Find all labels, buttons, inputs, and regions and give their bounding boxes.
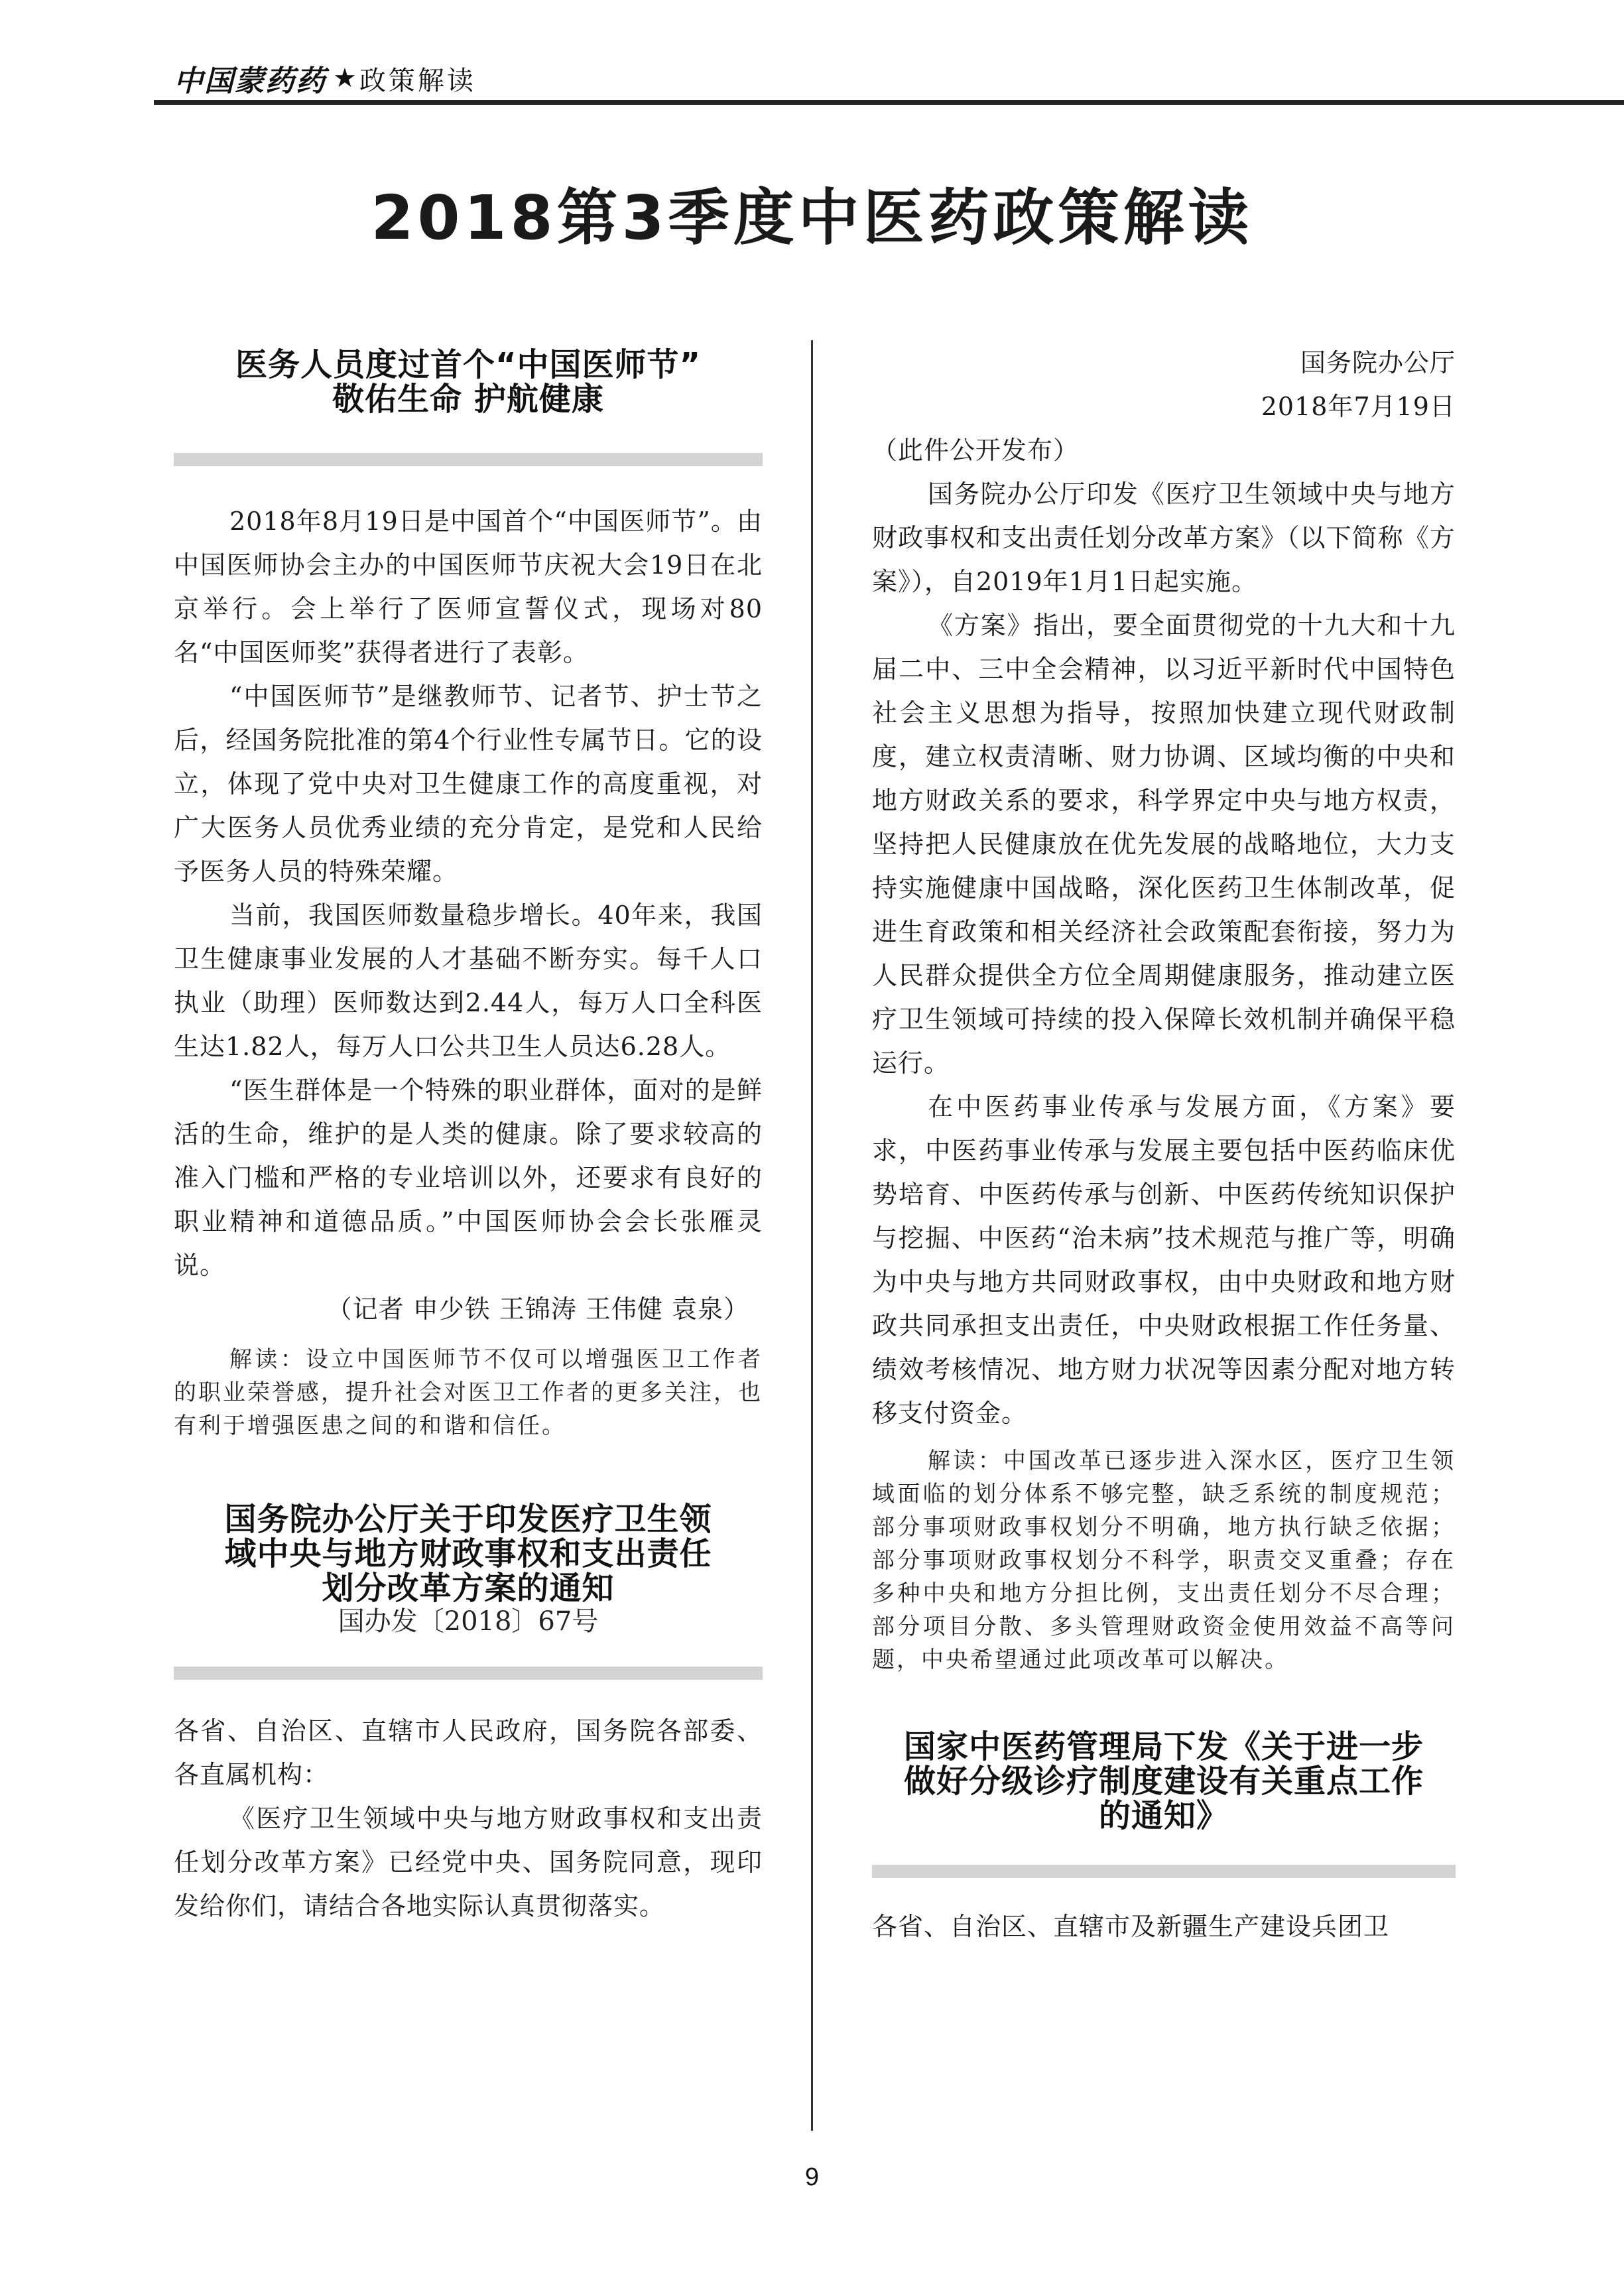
article-title-line: 国务院办公厅关于印发医疗卫生领: [174, 1502, 763, 1537]
paragraph: “中国医师节”是继教师节、记者节、护士节之后，经国务院批准的第4个行业性专属节日…: [174, 674, 763, 893]
paragraph: 《医疗卫生领域中央与地方财政事权和支出责任划分改革方案》已经党中央、国务院同意，…: [174, 1797, 763, 1928]
star-icon: ★: [333, 63, 357, 94]
paragraph: 2018年8月19日是中国首个“中国医师节”。由中国医师协会主办的中国医师节庆祝…: [174, 499, 763, 674]
public-note: （此件公开发布）: [872, 428, 1456, 472]
left-column: 医务人员度过首个“中国医师节” 敬佑生命 护航健康 2018年8月19日是中国首…: [174, 332, 763, 1928]
running-header: 中国蒙药药 ★ 政策解读: [174, 58, 476, 98]
article-title-line: 划分改革方案的通知: [174, 1571, 763, 1606]
title-underbar: [174, 1667, 763, 1680]
paragraph: 国务院办公厅印发《医疗卫生领域中央与地方财政事权和支出责任划分改革方案》（以下简…: [872, 472, 1456, 603]
paragraph: “医生群体是一个特殊的职业群体，面对的是鲜活的生命，维护的是人类的健康。除了要求…: [174, 1068, 763, 1287]
document-number: 国办发〔2018〕67号: [174, 1606, 763, 1637]
article-title-line: 医务人员度过首个“中国医师节”: [174, 348, 763, 382]
article-title-line: 域中央与地方财政事权和支出责任: [174, 1537, 763, 1571]
salutation: 各省、自治区、直辖市人民政府，国务院各部委、各直属机构：: [174, 1709, 763, 1797]
article-title-line: 国家中医药管理局下发《关于进一步: [872, 1730, 1456, 1764]
title-underbar: [872, 1865, 1456, 1878]
byline: （记者 申少铁 王锦涛 王伟健 袁泉）: [174, 1287, 763, 1331]
title-underbar: [174, 453, 763, 466]
issue-date: 2018年7月19日: [872, 385, 1456, 428]
section-name: 政策解读: [359, 60, 476, 97]
paragraph: 各省、自治区、直辖市及新疆生产建设兵团卫: [872, 1905, 1456, 1948]
paragraph: 当前，我国医师数量稳步增长。40年来，我国卫生健康事业发展的人才基础不断夯实。每…: [174, 893, 763, 1068]
article-doctors-day: 医务人员度过首个“中国医师节” 敬佑生命 护航健康 2018年8月19日是中国首…: [174, 348, 763, 1442]
commentary: 解读：设立中国医师节不仅可以增强医卫工作者的职业荣誉感，提升社会对医卫工作者的更…: [174, 1343, 763, 1442]
article-title-line: 敬佑生命 护航健康: [174, 382, 763, 416]
paragraph: 在中医药事业传承与发展方面，《方案》要求，中医药事业传承与发展主要包括中医药临床…: [872, 1085, 1456, 1435]
article-title-line: 做好分级诊疗制度建设有关重点工作: [872, 1764, 1456, 1799]
column-divider: [811, 340, 813, 2131]
right-column: 国务院办公厅 2018年7月19日 （此件公开发布） 国务院办公厅印发《医疗卫生…: [872, 332, 1456, 1948]
header-rule: [154, 100, 1624, 105]
commentary: 解读：中国改革已逐步进入深水区，医疗卫生领域面临的划分体系不够完整，缺乏系统的制…: [872, 1444, 1456, 1677]
magazine-brand: 中国蒙药药: [174, 57, 326, 99]
article-tcm-tiered-diagnosis: 国家中医药管理局下发《关于进一步 做好分级诊疗制度建设有关重点工作 的通知》 各…: [872, 1730, 1456, 1948]
article-title-line: 的通知》: [872, 1799, 1456, 1833]
article-state-council-notice: 国务院办公厅关于印发医疗卫生领 域中央与地方财政事权和支出责任 划分改革方案的通…: [174, 1502, 763, 1928]
page-title: 2018第3季度中医药政策解读: [0, 169, 1624, 257]
issuer: 国务院办公厅: [872, 341, 1456, 385]
page-number: 9: [0, 2163, 1624, 2192]
article-title: 医务人员度过首个“中国医师节” 敬佑生命 护航健康: [174, 348, 763, 416]
paragraph: 《方案》指出，要全面贯彻党的十九大和十九届二中、三中全会精神，以习近平新时代中国…: [872, 603, 1456, 1085]
article-title: 国务院办公厅关于印发医疗卫生领 域中央与地方财政事权和支出责任 划分改革方案的通…: [174, 1502, 763, 1606]
article-title: 国家中医药管理局下发《关于进一步 做好分级诊疗制度建设有关重点工作 的通知》: [872, 1730, 1456, 1833]
